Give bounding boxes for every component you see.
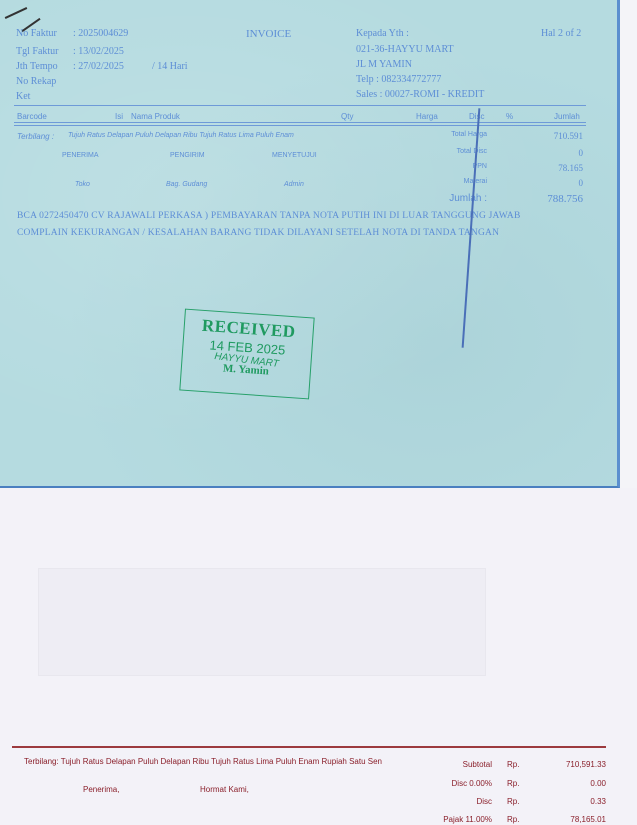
summary-currency: Rp. [507, 797, 519, 806]
total-value: 0 [579, 178, 584, 188]
col-nama-produk: Nama Produk [131, 112, 180, 121]
invoice-title: INVOICE [246, 28, 291, 40]
summary-currency: Rp. [507, 779, 519, 788]
no-faktur-value: : 2025004629 [73, 28, 128, 39]
divider [14, 105, 586, 106]
summary-value: 0.33 [590, 797, 606, 806]
summary-value: 710,591.33 [566, 760, 606, 769]
col-qty: Qty [341, 112, 353, 121]
total-value: 788.756 [547, 193, 583, 205]
summary-label: Disc [476, 797, 492, 806]
penerima-label: Penerima, [83, 785, 119, 794]
white-terbilang: Terbilang: Tujuh Ratus Delapan Puluh Del… [24, 757, 382, 766]
total-value: 78.165 [558, 163, 583, 173]
jth-tempo-label: Jth Tempo [16, 61, 58, 72]
kepada-label: Kepada Yth : [356, 28, 409, 39]
sales-info: Sales : 00027-ROMI - KREDIT [356, 89, 484, 100]
divider [14, 125, 586, 126]
total-label: Total Disc [457, 148, 487, 155]
total-value: 710.591 [554, 131, 583, 141]
summary-label: Subtotal [463, 760, 492, 769]
sig-name-toko: Toko [75, 181, 90, 188]
divider [14, 122, 586, 123]
customer-address: JL M YAMIN [356, 59, 412, 70]
summary-label: Disc 0.00% [452, 779, 492, 788]
customer-name: 021-36-HAYYU MART [356, 44, 454, 55]
sig-name-gudang: Bag. Gudang [166, 181, 207, 188]
summary-value: 78,165.01 [570, 815, 606, 824]
col-jumlah: Jumlah [554, 112, 580, 121]
col-isi: Isi [115, 112, 123, 121]
no-rekap-label: No Rekap [16, 76, 56, 87]
tempo-days: / 14 Hari [152, 61, 188, 72]
page-indicator: Hal 2 of 2 [541, 28, 581, 39]
sig-menyetujui: MENYETUJUI [272, 152, 317, 159]
no-faktur-label: No Faktur [16, 28, 57, 39]
total-label: Jumlah : [449, 193, 487, 204]
tgl-faktur-label: Tgl Faktur [16, 46, 59, 57]
complaint-note: COMPLAIN KEKURANGAN / KESALAHAN BARANG T… [17, 228, 499, 238]
total-label: Total Harga [451, 131, 487, 138]
col-harga: Harga [416, 112, 438, 121]
summary-currency: Rp. [507, 760, 519, 769]
total-value: 0 [579, 148, 584, 158]
summary-value: 0.00 [590, 779, 606, 788]
terbilang-label: Terbilang : [17, 132, 54, 141]
red-divider [12, 746, 606, 748]
customer-phone: Telp : 082334772777 [356, 74, 441, 85]
col-barcode: Barcode [17, 112, 47, 121]
faded-area [38, 568, 486, 676]
pen-mark [5, 7, 28, 19]
sig-name-admin: Admin [284, 181, 304, 188]
summary-label: Pajak 11.00% [443, 815, 492, 824]
payment-note: BCA 0272450470 CV RAJAWALI PERKASA ) PEM… [17, 211, 521, 221]
ket-label: Ket [16, 91, 30, 102]
received-stamp: RECEIVED 14 FEB 2025 HAYYU MART M. Yamin [179, 309, 314, 400]
hormat-kami-label: Hormat Kami, [200, 785, 249, 794]
jth-tempo-value: : 27/02/2025 [73, 61, 124, 72]
sig-pengirim: PENGIRIM [170, 152, 205, 159]
tgl-faktur-value: : 13/02/2025 [73, 46, 124, 57]
terbilang-text: Tujuh Ratus Delapan Puluh Delapan Ribu T… [68, 132, 294, 139]
col-percent: % [506, 112, 513, 121]
summary-currency: Rp. [507, 815, 519, 824]
sig-penerima: PENERIMA [62, 152, 99, 159]
blue-invoice-copy: No Faktur : 2025004629 Tgl Faktur : 13/0… [0, 0, 620, 488]
